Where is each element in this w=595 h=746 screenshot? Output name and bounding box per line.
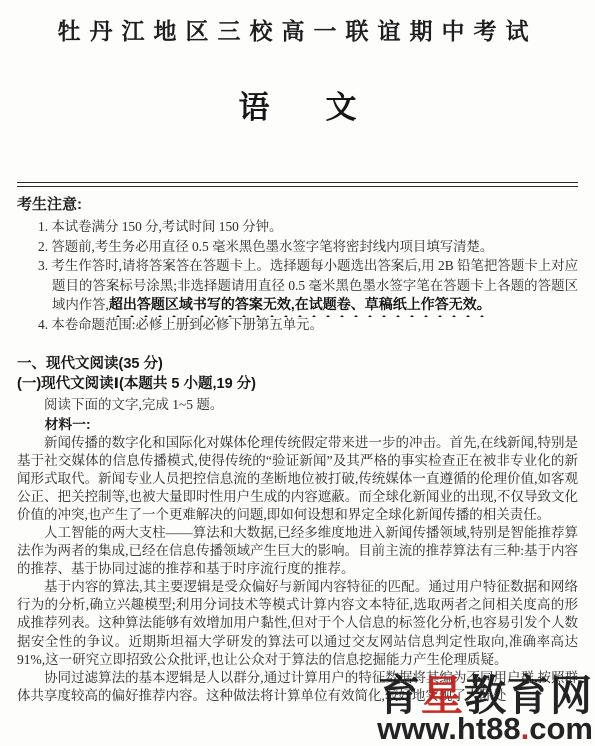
notice-item-2: 2. 答题前,考生务必用直径 0.5 毫米黑色墨水签字笔将密封线内项目填写清楚。 [38,237,578,257]
notice-item-3: 3. 考生作答时,请将答案答在答题卡上。选择题每小题选出答案后,用 2B 铅笔把… [38,256,578,315]
watermark-url-pre: www.ht88 [377,711,521,746]
section-heading: 一、现代文阅读(35 分) [17,354,578,374]
notice-heading: 考生注意: [17,193,578,214]
watermark-url-post: com [529,711,593,746]
notice-item-list: 1. 本试卷满分 150 分,考试时间 150 分钟。 2. 答题前,考生务必用… [38,217,578,334]
subsection-heading: (一)现代文阅读Ⅰ(本题共 5 小题,19 分) [17,374,578,394]
notice-item-3-emphasis: 超出答题区域书写的答案无效,在试题卷、草稿纸上作答无效。 [109,296,491,317]
subject-char-yu: 语 [239,82,270,127]
watermark-site-url: www.ht88.com [377,713,593,744]
material-paragraph-4: 协同过滤算法的基本逻辑是人以群分,通过计算用户的特征数据将其编为不同用户群,按照… [17,669,578,705]
double-rule-divider [17,182,578,187]
exam-title: 牡丹江地区三校高一联谊期中考试 [17,0,578,46]
reading-instruction: 阅读下面的文字,完成 1~5 题。 [17,395,578,415]
modern-reading-section: 一、现代文阅读(35 分) (一)现代文阅读Ⅰ(本题共 5 小题,19 分) 阅… [17,354,578,705]
subject-char-wen: 文 [326,82,357,127]
material-one-label: 材料一: [17,415,578,434]
subject-title: 语文 [17,82,578,127]
material-paragraph-3: 基于内容的算法,其主要逻辑是受众偏好与新闻内容特征的匹配。通过用户特征数据和网络… [17,578,578,668]
material-paragraph-1: 新闻传播的数字化和国际化对媒体伦理传统假定带来进一步的冲击。首先,在线新闻,特别… [17,434,578,524]
exam-paper-page: 牡丹江地区三校高一联谊期中考试 语文 考生注意: 1. 本试卷满分 150 分,… [0,0,595,746]
notice-item-1: 1. 本试卷满分 150 分,考试时间 150 分钟。 [38,217,578,237]
watermark-url-dot: . [521,711,530,746]
material-paragraph-2: 人工智能的两大支柱——算法和大数据,已经多维度地进入新闻传播领域,特别是智能推荐… [17,524,578,578]
notice-item-4: 4. 本卷命题范围:必修上册到必修下册第五单元。 [38,315,578,335]
candidate-notice: 考生注意: 1. 本试卷满分 150 分,考试时间 150 分钟。 2. 答题前… [17,193,578,334]
